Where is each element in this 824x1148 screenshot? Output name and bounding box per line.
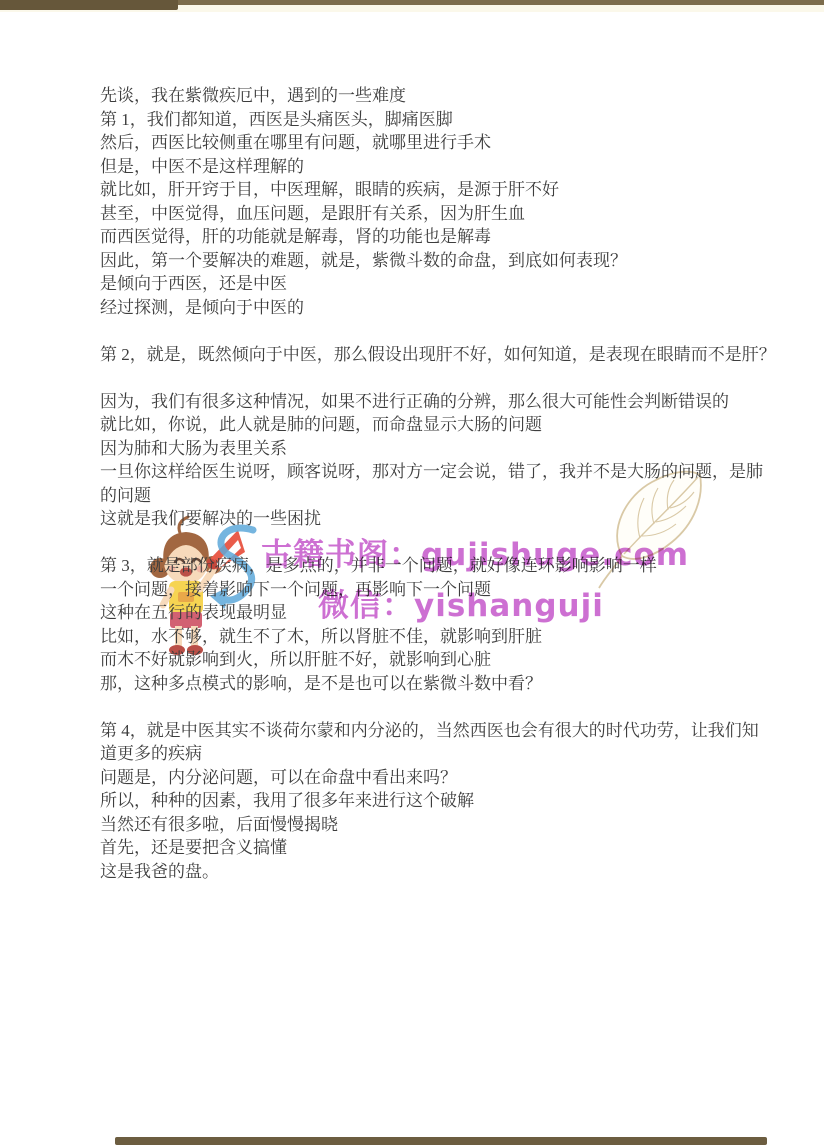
text-line: 首先，还是要把含义搞懂 bbox=[100, 836, 780, 860]
text-line: 第 4，就是中医其实不谈荷尔蒙和内分泌的，当然西医也会有很大的时代功劳，让我们知 bbox=[100, 719, 780, 743]
page-bottom-border bbox=[115, 1137, 767, 1145]
text-line: 比如，水不够，就生不了木，所以肾脏不佳，就影响到肝脏 bbox=[100, 625, 780, 649]
text-line: 因为，我们有很多这种情况，如果不进行正确的分辨，那么很大可能性会判断错误的 bbox=[100, 390, 780, 414]
text-line bbox=[100, 366, 780, 390]
text-line bbox=[100, 319, 780, 343]
text-line: 甚至，中医觉得，血压问题，是跟肝有关系，因为肝生血 bbox=[100, 202, 780, 226]
text-line: 就比如，你说，此人就是肺的问题，而命盘显示大肠的问题 bbox=[100, 413, 780, 437]
text-line: 这就是我们要解决的一些困扰 bbox=[100, 507, 780, 531]
watermark-wechat-text: 微信：yishanguji bbox=[318, 580, 604, 625]
text-line: 所以，种种的因素，我用了很多年来进行这个破解 bbox=[100, 789, 780, 813]
text-line bbox=[100, 695, 780, 719]
text-line: 当然还有很多啦，后面慢慢揭晓 bbox=[100, 813, 780, 837]
text-line: 然后，西医比较侧重在哪里有问题，就哪里进行手术 bbox=[100, 131, 780, 155]
page-top-border-left-segment bbox=[0, 0, 178, 10]
text-line: 先谈，我在紫微疾厄中，遇到的一些难度 bbox=[100, 84, 780, 108]
text-line: 因此，第一个要解决的难题，就是，紫微斗数的命盘，到底如何表现？ bbox=[100, 249, 780, 273]
scanned-document-page: 先谈，我在紫微疾厄中，遇到的一些难度第 1，我们都知道，西医是头痛医头，脚痛医脚… bbox=[0, 0, 824, 1148]
text-line: 而木不好就影响到火，所以肝脏不好，就影响到心脏 bbox=[100, 648, 780, 672]
text-line: 是倾向于西医，还是中医 bbox=[100, 272, 780, 296]
text-line: 那，这种多点模式的影响，是不是也可以在紫微斗数中看？ bbox=[100, 672, 780, 696]
text-line: 道更多的疾病 bbox=[100, 742, 780, 766]
text-line: 第 2，就是，既然倾向于中医，那么假设出现肝不好，如何知道，是表现在眼睛而不是肝… bbox=[100, 343, 780, 367]
text-line: 这是我爸的盘。 bbox=[100, 860, 780, 884]
watermark-site-text: 古籍书阁：gujishuge.com bbox=[261, 529, 689, 574]
text-line: 就比如，肝开窍于目，中医理解，眼睛的疾病，是源于肝不好 bbox=[100, 178, 780, 202]
text-line: 第 1，我们都知道，西医是头痛医头，脚痛医脚 bbox=[100, 108, 780, 132]
text-line: 经过探测，是倾向于中医的 bbox=[100, 296, 780, 320]
text-line: 问题是，内分泌问题，可以在命盘中看出来吗？ bbox=[100, 766, 780, 790]
text-line: 但是，中医不是这样理解的 bbox=[100, 155, 780, 179]
text-line: 因为肺和大肠为表里关系 bbox=[100, 437, 780, 461]
document-text: 先谈，我在紫微疾厄中，遇到的一些难度第 1，我们都知道，西医是头痛医头，脚痛医脚… bbox=[100, 84, 780, 883]
text-line: 而西医觉得，肝的功能就是解毒，肾的功能也是解毒 bbox=[100, 225, 780, 249]
text-line: 一旦你这样给医生说呀，顾客说呀，那对方一定会说，错了，我并不是大肠的问题，是肺 bbox=[100, 460, 780, 484]
text-line: 的问题 bbox=[100, 484, 780, 508]
